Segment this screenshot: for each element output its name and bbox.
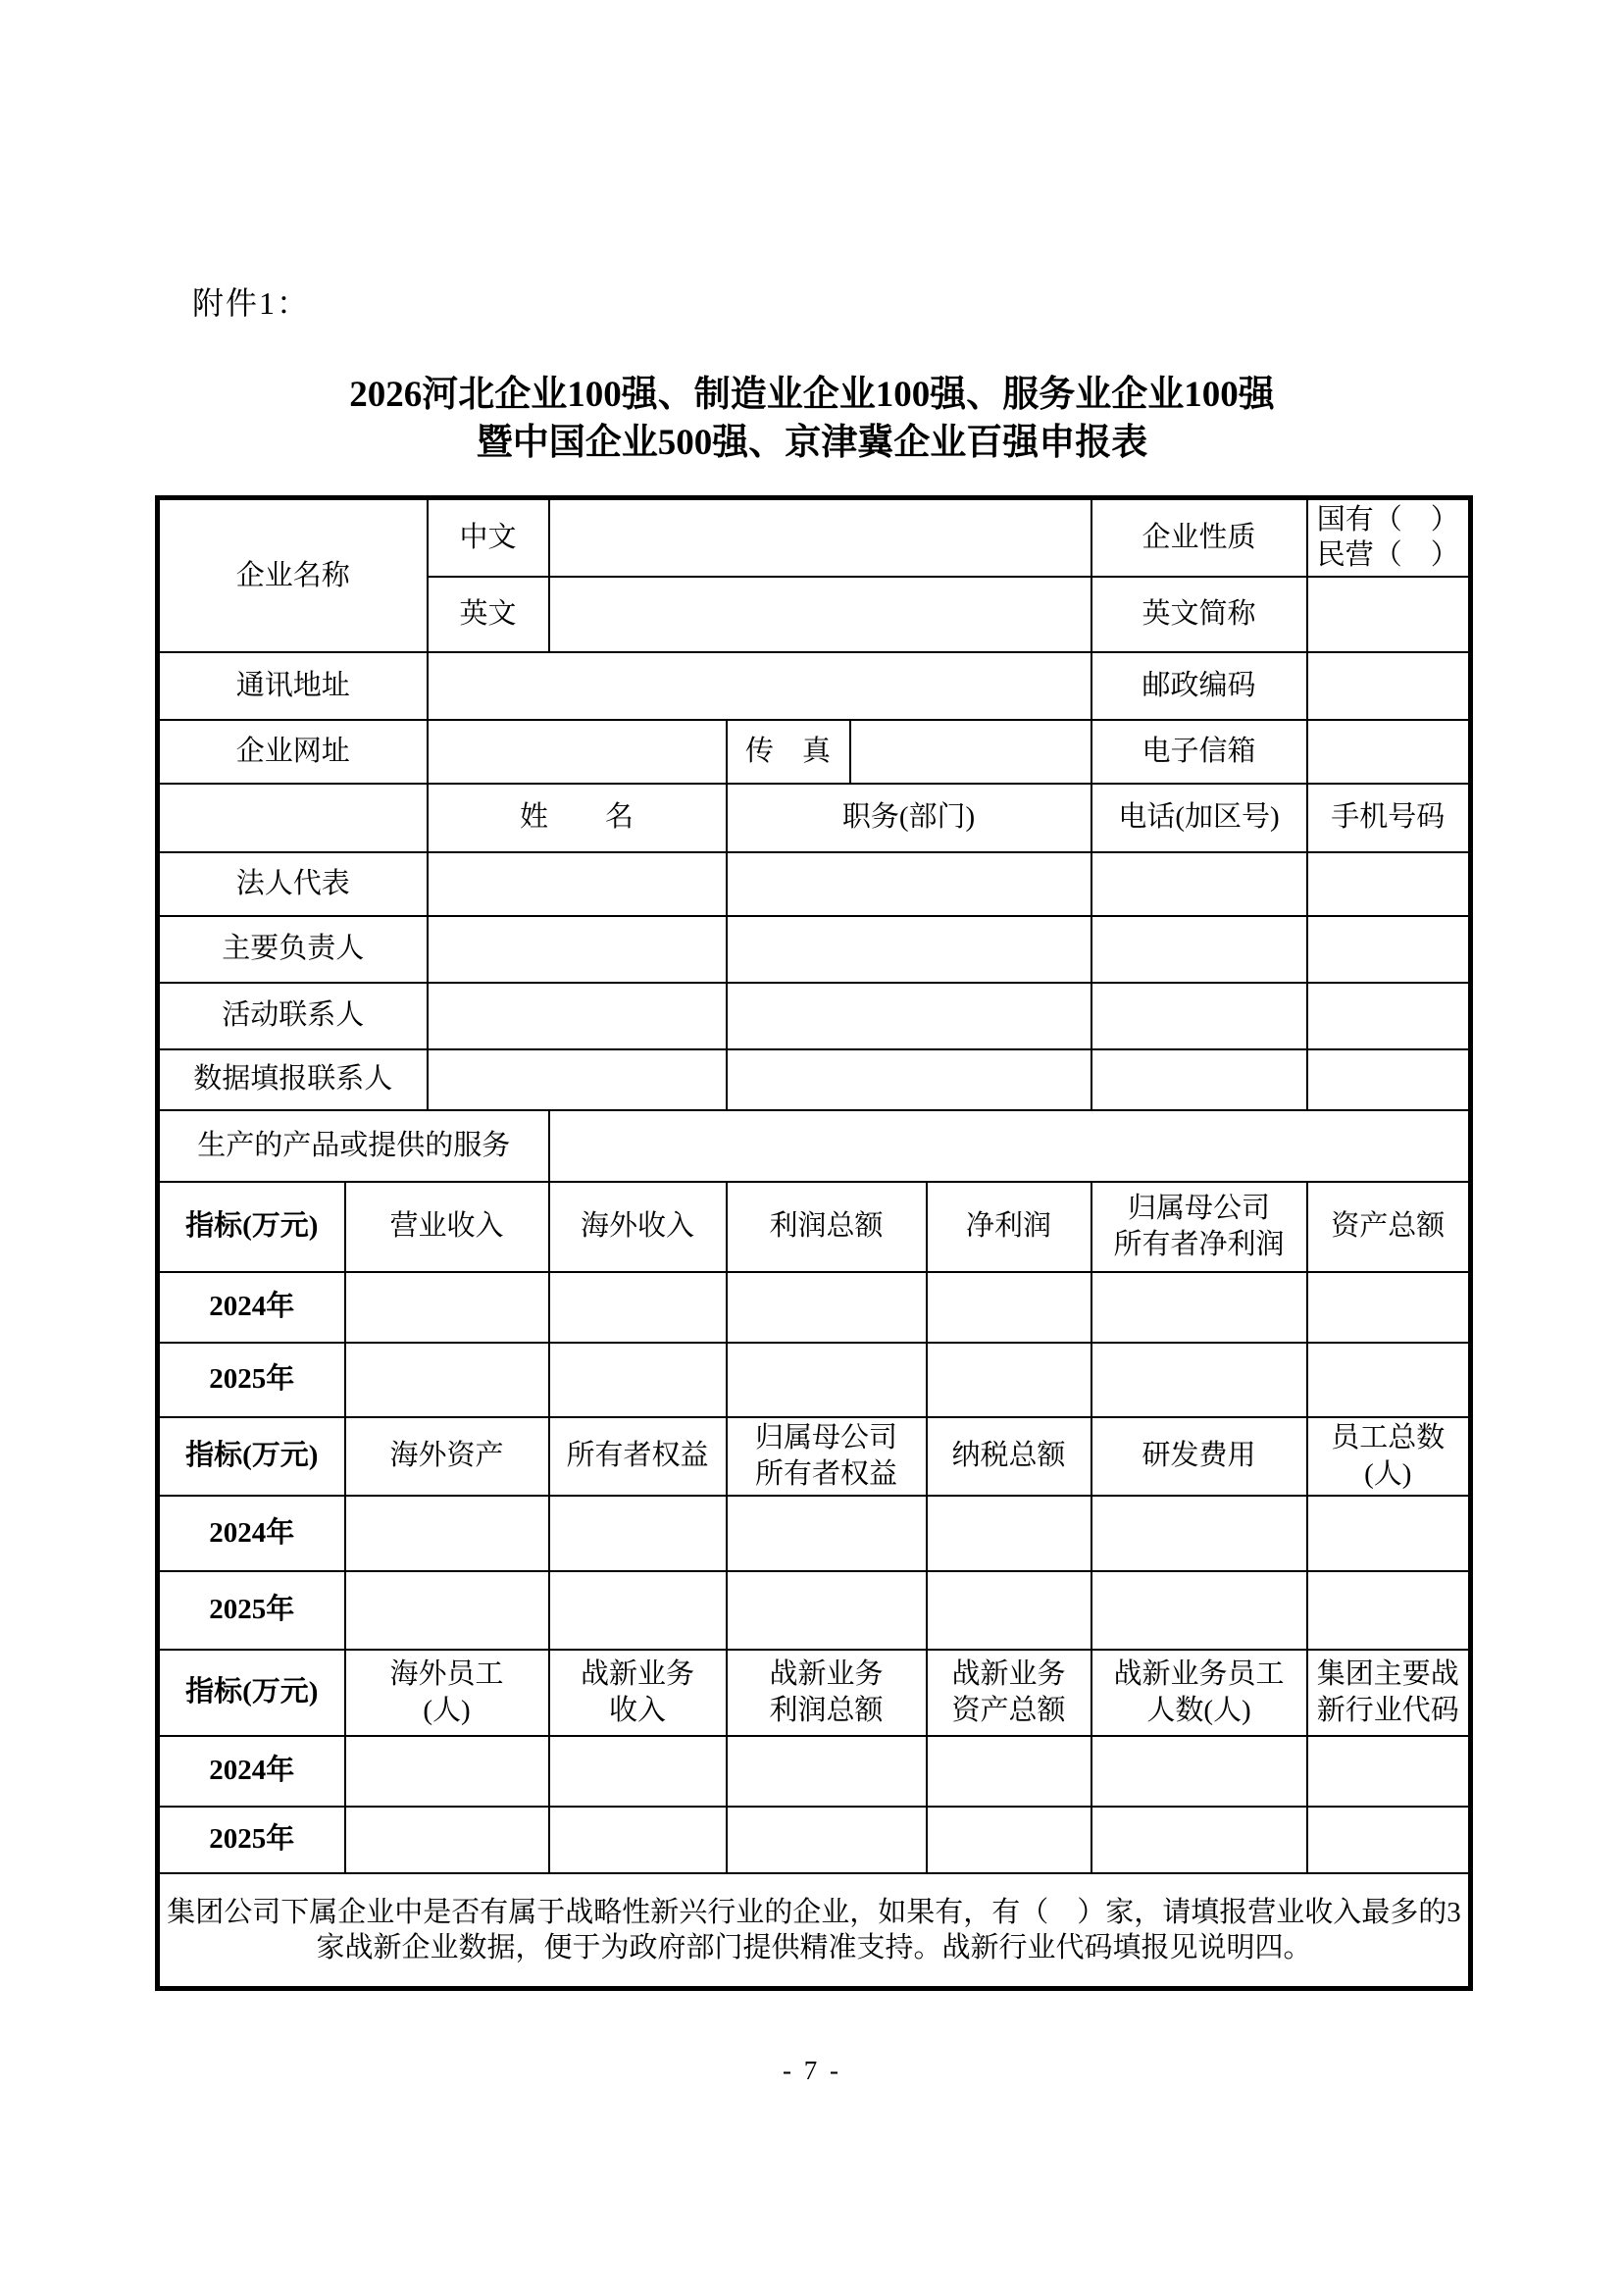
metric-col-header: 营业收入 bbox=[345, 1182, 549, 1272]
metric-input-cell[interactable] bbox=[1307, 1807, 1471, 1873]
application-form-table: 企业名称 中文 企业性质 国有（ ） 民营（ ） 英文 英文简称 通讯地址 邮政… bbox=[155, 495, 1473, 1991]
main-leader-position-cell[interactable] bbox=[727, 916, 1091, 983]
activity-contact-mobile-cell[interactable] bbox=[1307, 983, 1471, 1049]
metric-header-row: 指标(万元) 营业收入 海外收入 利润总额 净利润 归属母公司 所有者净利润 资… bbox=[158, 1182, 1471, 1272]
year-label: 2025年 bbox=[158, 1807, 345, 1873]
activity-contact-position-cell[interactable] bbox=[727, 983, 1091, 1049]
metric-col-header: 海外员工 (人) bbox=[345, 1650, 549, 1736]
year-label: 2024年 bbox=[158, 1496, 345, 1571]
metric-input-cell[interactable] bbox=[1091, 1343, 1307, 1417]
metric-col-header: 研发费用 bbox=[1091, 1417, 1307, 1496]
metric-input-cell[interactable] bbox=[549, 1272, 727, 1343]
metric-input-cell[interactable] bbox=[927, 1343, 1091, 1417]
email-label: 电子信箱 bbox=[1091, 720, 1307, 784]
metric-input-cell[interactable] bbox=[345, 1272, 549, 1343]
products-label: 生产的产品或提供的服务 bbox=[158, 1110, 549, 1182]
legal-rep-phone-cell[interactable] bbox=[1091, 852, 1307, 916]
metric-col-header: 归属母公司 所有者权益 bbox=[727, 1417, 927, 1496]
metric-input-cell[interactable] bbox=[927, 1736, 1091, 1807]
table-row: 活动联系人 bbox=[158, 983, 1471, 1049]
metric-input-cell[interactable] bbox=[927, 1807, 1091, 1873]
data-contact-mobile-cell[interactable] bbox=[1307, 1049, 1471, 1110]
data-contact-label: 数据填报联系人 bbox=[158, 1049, 428, 1110]
products-services-cell[interactable] bbox=[549, 1110, 1471, 1182]
company-name-en-cell[interactable] bbox=[549, 577, 1091, 652]
metric-input-cell[interactable] bbox=[549, 1496, 727, 1571]
main-leader-name-cell[interactable] bbox=[428, 916, 727, 983]
table-row: 法人代表 bbox=[158, 852, 1471, 916]
website-cell[interactable] bbox=[428, 720, 727, 784]
metric-col-header: 纳税总额 bbox=[927, 1417, 1091, 1496]
metric-input-cell[interactable] bbox=[927, 1571, 1091, 1650]
activity-contact-name-cell[interactable] bbox=[428, 983, 727, 1049]
activity-contact-phone-cell[interactable] bbox=[1091, 983, 1307, 1049]
legal-rep-mobile-cell[interactable] bbox=[1307, 852, 1471, 916]
metric-col-header: 战新业务员工 人数(人) bbox=[1091, 1650, 1307, 1736]
metric-input-cell[interactable] bbox=[1091, 1272, 1307, 1343]
address-cell[interactable] bbox=[428, 652, 1091, 720]
email-cell[interactable] bbox=[1307, 720, 1471, 784]
chinese-label: 中文 bbox=[428, 498, 549, 577]
contacts-header-name: 姓 名 bbox=[428, 784, 727, 852]
year-label: 2025年 bbox=[158, 1343, 345, 1417]
metric-block2-label: 指标(万元) bbox=[158, 1417, 345, 1496]
metric-input-cell[interactable] bbox=[1091, 1571, 1307, 1650]
metric-year-row: 2025年 bbox=[158, 1807, 1471, 1873]
metric-input-cell[interactable] bbox=[345, 1343, 549, 1417]
metric-input-cell[interactable] bbox=[1091, 1736, 1307, 1807]
fax-cell[interactable] bbox=[850, 720, 1091, 784]
company-name-label: 企业名称 bbox=[158, 498, 428, 652]
metric-year-row: 2025年 bbox=[158, 1343, 1471, 1417]
postcode-label: 邮政编码 bbox=[1091, 652, 1307, 720]
contacts-header-position: 职务(部门) bbox=[727, 784, 1091, 852]
attachment-label: 附件1： bbox=[192, 279, 310, 324]
metric-year-row: 2025年 bbox=[158, 1571, 1471, 1650]
metric-input-cell[interactable] bbox=[549, 1343, 727, 1417]
page-title: 2026河北企业100强、制造业企业100强、服务业企业100强 暨中国企业50… bbox=[0, 371, 1624, 467]
metric-input-cell[interactable] bbox=[549, 1736, 727, 1807]
metric-input-cell[interactable] bbox=[1307, 1272, 1471, 1343]
metric-year-row: 2024年 bbox=[158, 1736, 1471, 1807]
data-contact-position-cell[interactable] bbox=[727, 1049, 1091, 1110]
metric-col-header: 战新业务 利润总额 bbox=[727, 1650, 927, 1736]
fax-label: 传 真 bbox=[727, 720, 850, 784]
data-contact-name-cell[interactable] bbox=[428, 1049, 727, 1110]
metric-block1-label: 指标(万元) bbox=[158, 1182, 345, 1272]
legal-rep-position-cell[interactable] bbox=[727, 852, 1091, 916]
metric-col-header: 战新业务 资产总额 bbox=[927, 1650, 1091, 1736]
contacts-header-empty-cell bbox=[158, 784, 428, 852]
metric-year-row: 2024年 bbox=[158, 1496, 1471, 1571]
metric-input-cell[interactable] bbox=[727, 1272, 927, 1343]
metric-block3-label: 指标(万元) bbox=[158, 1650, 345, 1736]
metric-col-header: 利润总额 bbox=[727, 1182, 927, 1272]
page-title-line1: 2026河北企业100强、制造业企业100强、服务业企业100强 bbox=[0, 371, 1624, 419]
english-abbr-label: 英文简称 bbox=[1091, 577, 1307, 652]
metric-input-cell[interactable] bbox=[1307, 1736, 1471, 1807]
metric-input-cell[interactable] bbox=[927, 1272, 1091, 1343]
metric-input-cell[interactable] bbox=[345, 1496, 549, 1571]
metric-input-cell[interactable] bbox=[1307, 1496, 1471, 1571]
english-label: 英文 bbox=[428, 577, 549, 652]
year-label: 2025年 bbox=[158, 1571, 345, 1650]
english-abbr-cell[interactable] bbox=[1307, 577, 1471, 652]
metric-input-cell[interactable] bbox=[1307, 1343, 1471, 1417]
company-name-cn-cell[interactable] bbox=[549, 498, 1091, 577]
main-leader-phone-cell[interactable] bbox=[1091, 916, 1307, 983]
metric-input-cell[interactable] bbox=[549, 1571, 727, 1650]
metric-input-cell[interactable] bbox=[345, 1807, 549, 1873]
page-title-line2: 暨中国企业500强、京津冀企业百强申报表 bbox=[0, 419, 1624, 467]
metric-input-cell[interactable] bbox=[927, 1496, 1091, 1571]
metric-col-header: 所有者权益 bbox=[549, 1417, 727, 1496]
metric-header-row: 指标(万元) 海外资产 所有者权益 归属母公司 所有者权益 纳税总额 研发费用 … bbox=[158, 1417, 1471, 1496]
main-leader-mobile-cell[interactable] bbox=[1307, 916, 1471, 983]
year-label: 2024年 bbox=[158, 1736, 345, 1807]
metric-input-cell[interactable] bbox=[727, 1496, 927, 1571]
main-leader-label: 主要负责人 bbox=[158, 916, 428, 983]
nature-label: 企业性质 bbox=[1091, 498, 1307, 577]
contacts-header-phone: 电话(加区号) bbox=[1091, 784, 1307, 852]
metric-input-cell[interactable] bbox=[727, 1343, 927, 1417]
nature-options[interactable]: 国有（ ） 民营（ ） bbox=[1307, 498, 1471, 577]
legal-rep-name-cell[interactable] bbox=[428, 852, 727, 916]
table-row: 数据填报联系人 bbox=[158, 1049, 1471, 1110]
metric-col-header: 海外收入 bbox=[549, 1182, 727, 1272]
metric-input-cell[interactable] bbox=[727, 1807, 927, 1873]
metric-input-cell[interactable] bbox=[1091, 1496, 1307, 1571]
metric-col-header: 海外资产 bbox=[345, 1417, 549, 1496]
year-label: 2024年 bbox=[158, 1272, 345, 1343]
metric-input-cell[interactable] bbox=[345, 1571, 549, 1650]
legal-rep-label: 法人代表 bbox=[158, 852, 428, 916]
metric-col-header: 员工总数 (人) bbox=[1307, 1417, 1471, 1496]
metric-input-cell[interactable] bbox=[345, 1736, 549, 1807]
table-row: 主要负责人 bbox=[158, 916, 1471, 983]
metric-col-header: 净利润 bbox=[927, 1182, 1091, 1272]
metric-year-row: 2024年 bbox=[158, 1272, 1471, 1343]
metric-col-header: 集团主要战 新行业代码 bbox=[1307, 1650, 1471, 1736]
metric-input-cell[interactable] bbox=[727, 1736, 927, 1807]
metric-input-cell[interactable] bbox=[1091, 1807, 1307, 1873]
metric-input-cell[interactable] bbox=[1307, 1571, 1471, 1650]
postcode-cell[interactable] bbox=[1307, 652, 1471, 720]
metric-header-row: 指标(万元) 海外员工 (人) 战新业务 收入 战新业务 利润总额 战新业务 资… bbox=[158, 1650, 1471, 1736]
address-label: 通讯地址 bbox=[158, 652, 428, 720]
metric-col-header: 战新业务 收入 bbox=[549, 1650, 727, 1736]
metric-col-header: 资产总额 bbox=[1307, 1182, 1471, 1272]
contacts-header-mobile: 手机号码 bbox=[1307, 784, 1471, 852]
metric-input-cell[interactable] bbox=[727, 1571, 927, 1650]
strategic-industry-note: 集团公司下属企业中是否有属于战略性新兴行业的企业，如果有，有（ ）家，请填报营业… bbox=[158, 1873, 1471, 1989]
metric-input-cell[interactable] bbox=[549, 1807, 727, 1873]
activity-contact-label: 活动联系人 bbox=[158, 983, 428, 1049]
page-number: - 7 - bbox=[0, 2056, 1624, 2086]
metric-col-header: 归属母公司 所有者净利润 bbox=[1091, 1182, 1307, 1272]
data-contact-phone-cell[interactable] bbox=[1091, 1049, 1307, 1110]
website-label: 企业网址 bbox=[158, 720, 428, 784]
